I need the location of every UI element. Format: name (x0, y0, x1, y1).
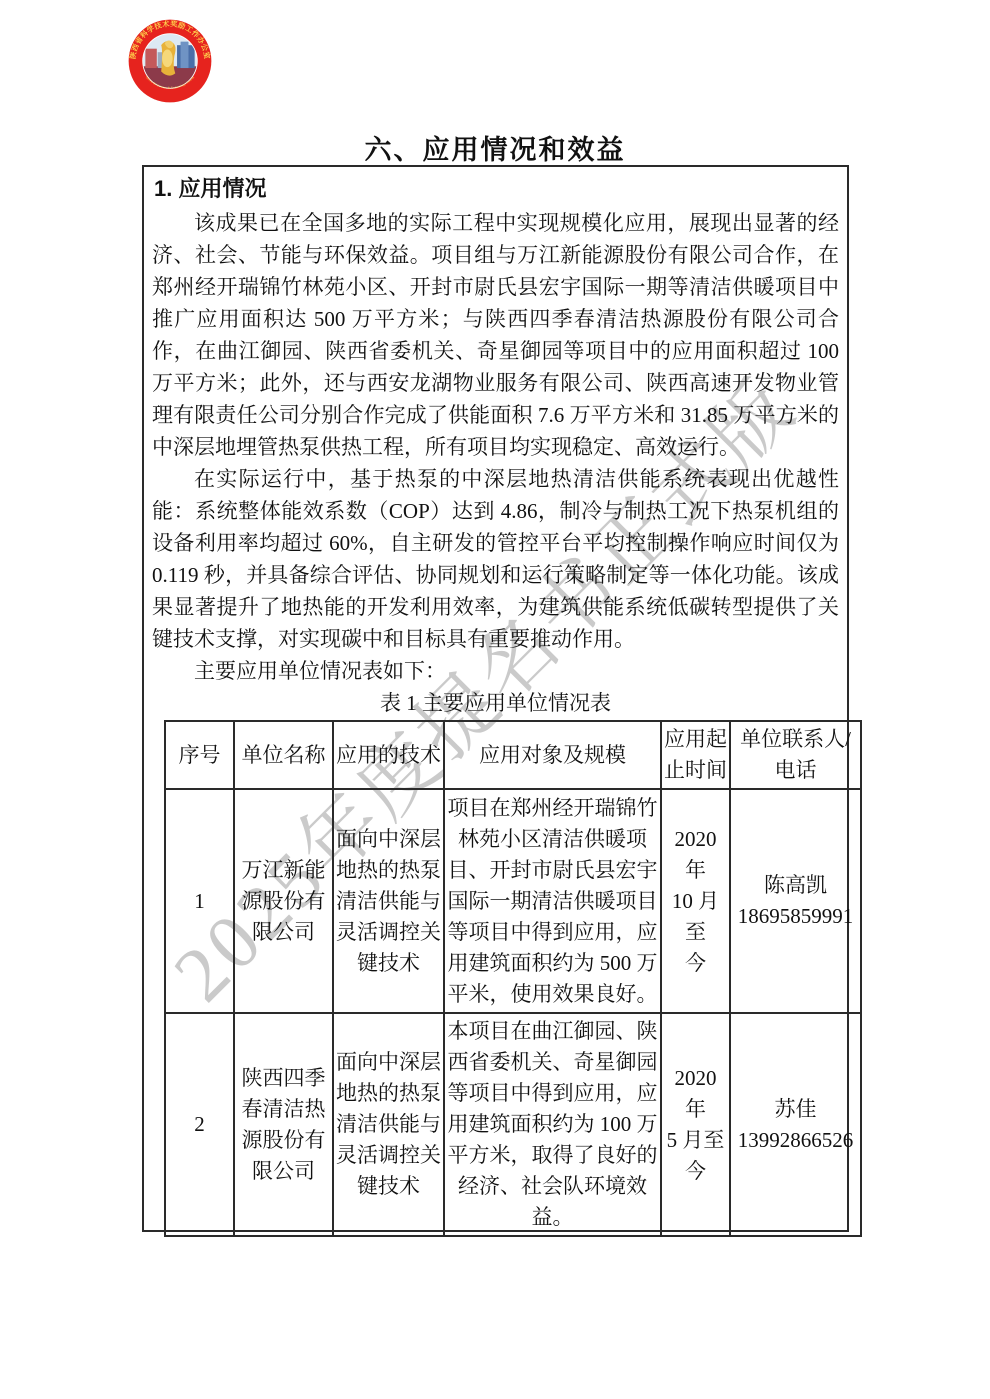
cell-period: 2020 年 10 月至 今 (661, 789, 730, 1013)
cell-contact: 苏佳 13992866526 (730, 1013, 861, 1236)
document-page: 2025年度提名书正式版 陕西省科学技术奖励工作办公室 (0, 0, 990, 1399)
cell-technology: 面向中深层地热的热泵清洁供能与灵活调控关键技术 (333, 789, 444, 1013)
col-header-period: 应用起 止时间 (661, 721, 730, 789)
cell-scope: 本项目在曲江御园、陕西省委机关、奇星御园等项目中得到应用，应用建筑面积约为 10… (444, 1013, 661, 1236)
cell-technology: 面向中深层地热的热泵清洁供能与灵活调控关键技术 (333, 1013, 444, 1236)
col-header-contact: 单位联系人/ 电话 (730, 721, 861, 789)
seal-icon: 陕西省科学技术奖励工作办公室 Office Of Science & Techn… (126, 17, 214, 105)
table-row: 2 陕西四季春清洁热源股份有限公司 面向中深层地热的热泵清洁供能与灵活调控关键技… (165, 1013, 861, 1236)
col-header-unit: 单位名称 (234, 721, 333, 789)
paragraph-application-overview: 该成果已在全国多地的实际工程中实现规模化应用，展现出显著的经济、社会、节能与环保… (152, 207, 839, 463)
paragraph-table-intro: 主要应用单位情况表如下： (152, 655, 839, 687)
cell-scope: 项目在郑州经开瑞锦竹林苑小区清洁供暖项目、开封市尉氏县宏宇国际一期清洁供暖项目等… (444, 789, 661, 1013)
col-header-tech: 应用的技术 (333, 721, 444, 789)
cell-unit-name: 陕西四季春清洁热源股份有限公司 (234, 1013, 333, 1236)
application-units-table: 序号 单位名称 应用的技术 应用对象及规模 应用起 止时间 单位联系人/ 电话 … (164, 720, 862, 1237)
content-box: 1. 应用情况 该成果已在全国多地的实际工程中实现规模化应用，展现出显著的经济、… (142, 165, 849, 1232)
table-header-row: 序号 单位名称 应用的技术 应用对象及规模 应用起 止时间 单位联系人/ 电话 (165, 721, 861, 789)
cell-seq: 1 (165, 789, 234, 1013)
paragraph-performance: 在实际运行中，基于热泵的中深层地热清洁供能系统表现出优越性能：系统整体能效系数（… (152, 463, 839, 655)
page-title: 六、应用情况和效益 (0, 128, 990, 167)
agency-seal-logo: 陕西省科学技术奖励工作办公室 Office Of Science & Techn… (126, 17, 214, 105)
cell-seq: 2 (165, 1013, 234, 1236)
cell-unit-name: 万江新能源股份有限公司 (234, 789, 333, 1013)
table-row: 1 万江新能源股份有限公司 面向中深层地热的热泵清洁供能与灵活调控关键技术 项目… (165, 789, 861, 1013)
col-header-scope: 应用对象及规模 (444, 721, 661, 789)
table-caption: 表 1 主要应用单位情况表 (152, 689, 839, 717)
cell-contact: 陈高凯 18695859991 (730, 789, 861, 1013)
col-header-seq: 序号 (165, 721, 234, 789)
section-heading: 1. 应用情况 (154, 173, 839, 205)
cell-period: 2020 年 5 月至 今 (661, 1013, 730, 1236)
